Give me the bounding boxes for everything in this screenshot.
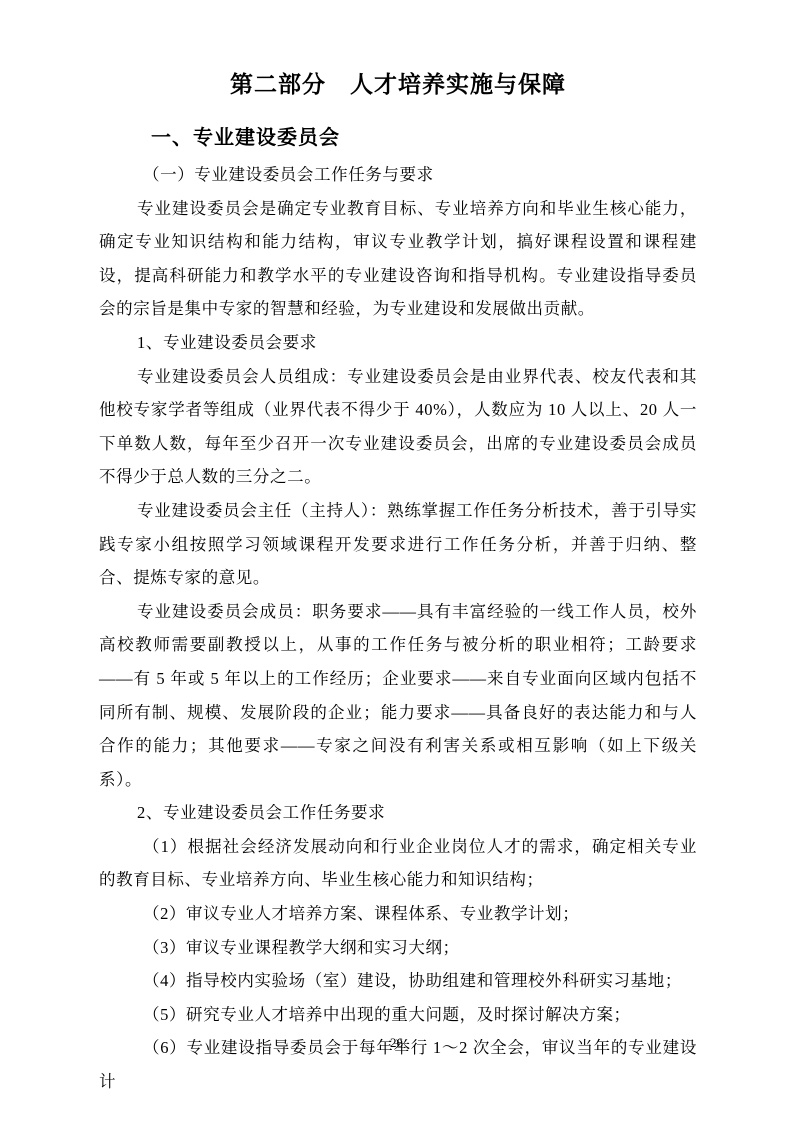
task-item-4: （4）指导校内实验场（室）建设，协助组建和管理校外科研实习基地； [99,964,697,998]
task-item-3: （3）审议专业课程教学大纲和实习大纲； [99,931,697,965]
page-number: 26 [0,1034,793,1052]
subsection-heading: （一）专业建设委员会工作任务与要求 [99,158,697,192]
section-heading: 一、专业建设委员会 [99,122,697,155]
paragraph-members: 专业建设委员会成员：职务要求——具有丰富经验的一线工作人员，校外高校教师需要副教… [99,595,697,797]
task-item-5: （5）研究专业人才培养中出现的重大问题，及时探讨解决方案； [99,998,697,1032]
item-heading-committee-requirements: 1、专业建设委员会要求 [99,326,697,360]
paragraph-composition: 专业建设委员会人员组成：专业建设委员会是由业界代表、校友代表和其他校专家学者等组… [99,360,697,494]
paragraph-chair: 专业建设委员会主任（主持人）：熟练掌握工作任务分析技术，善于引导实践专家小组按照… [99,494,697,595]
task-item-2: （2）审议专业人才培养方案、课程体系、专业教学计划； [99,897,697,931]
paragraph-overview: 专业建设委员会是确定专业教育目标、专业培养方向和毕业生核心能力，确定专业知识结构… [99,192,697,326]
task-item-1: （1）根据社会经济发展动向和行业企业岗位人才的需求，确定相关专业的教育目标、专业… [99,830,697,897]
page-content: 第二部分 人才培养实施与保障 一、专业建设委员会 （一）专业建设委员会工作任务与… [99,0,697,1099]
item-heading-work-tasks: 2、专业建设委员会工作任务要求 [99,796,697,830]
page-title: 第二部分 人才培养实施与保障 [99,66,697,102]
document-page: 第二部分 人才培养实施与保障 一、专业建设委员会 （一）专业建设委员会工作任务与… [0,0,793,1122]
